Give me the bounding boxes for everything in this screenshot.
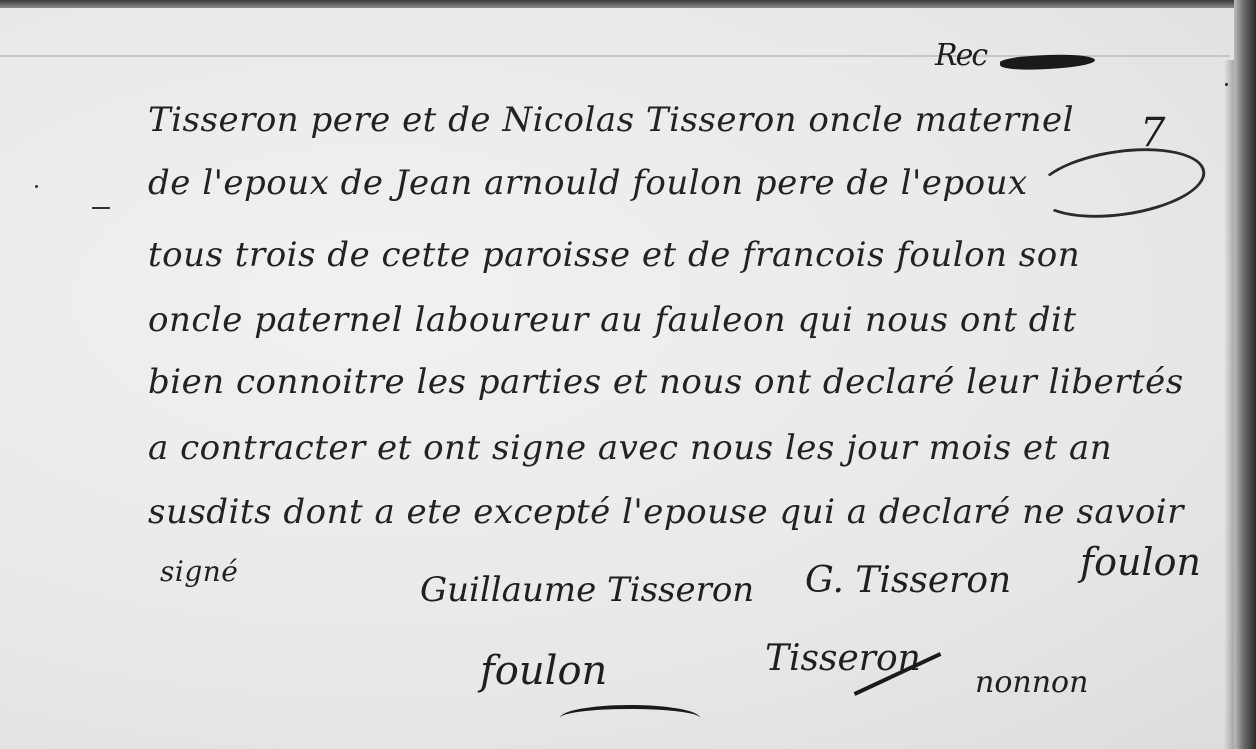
text-line-4: oncle paternel laboureur au fauleon qui … [148, 300, 1077, 340]
text-line-2: de l'epoux de Jean arnould foulon pere d… [148, 163, 1028, 203]
signature-guillaume-tisseron: Guillaume Tisseron [420, 570, 754, 610]
text-line-6: a contracter et ont signe avec nous les … [148, 428, 1112, 468]
document-page: Rec 7 Tisseron pere et de Nicolas Tisser… [0, 0, 1256, 749]
text-line-3: tous trois de cette paroisse et de franc… [148, 235, 1080, 275]
text-line-5: bien connoitre les parties et nous ont d… [148, 362, 1184, 402]
page-shadow [1224, 60, 1234, 749]
signature-nonnon: nonnon [975, 665, 1088, 700]
folio-mark: Rec [935, 38, 986, 73]
margin-dash [92, 207, 110, 209]
text-line-8: signé [160, 555, 238, 588]
signature-foulon-1: foulon [1080, 540, 1201, 584]
pen-flourish [1031, 138, 1210, 227]
signature-g-tisseron: G. Tisseron [805, 560, 1011, 601]
ink-dot [35, 185, 38, 188]
signature-foulon-2: foulon [480, 648, 607, 694]
ink-dot [1225, 83, 1228, 86]
text-line-1: Tisseron pere et de Nicolas Tisseron onc… [148, 100, 1074, 140]
page-top-edge [0, 0, 1256, 8]
page-binding-edge [1234, 0, 1256, 749]
signature-flourish [560, 705, 700, 731]
text-line-7: susdits dont a ete excepté l'epouse qui … [148, 492, 1184, 532]
